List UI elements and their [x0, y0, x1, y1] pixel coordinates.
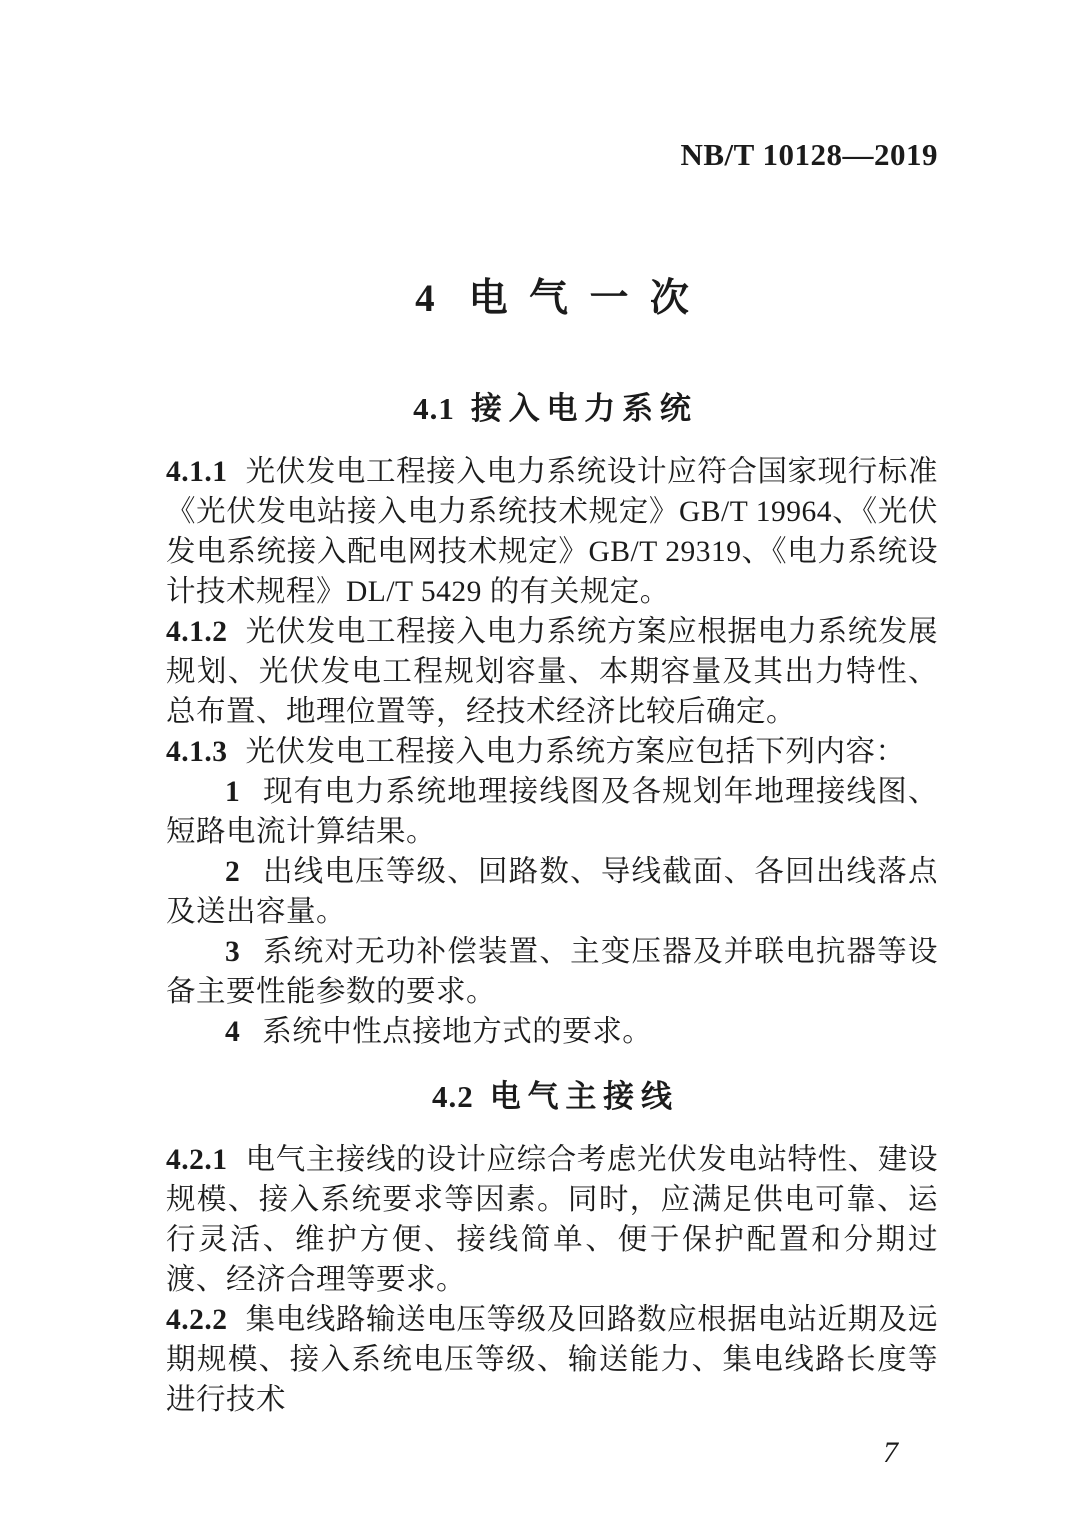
chapter-title-text: 电气一次: [469, 277, 711, 320]
clause-4-1-3: 4.1.3光伏发电工程接入电力系统方案应包括下列内容：: [166, 732, 938, 772]
section-number: 4.2: [432, 1079, 474, 1114]
clause-text: 光伏发电工程接入电力系统方案应包括下列内容：: [246, 736, 906, 768]
clause-number: 4.1.1: [166, 456, 228, 488]
section-4-2-heading: 4.2电气主接线: [166, 1080, 938, 1114]
document-page: NB/T 10128—2019 4电气一次 4.1接入电力系统 4.1.1光伏发…: [0, 0, 1080, 1531]
page-number: 7: [166, 1436, 938, 1470]
clause-text: 光伏发电工程接入电力系统设计应符合国家现行标准《光伏发电站接入电力系统技术规定》…: [166, 456, 938, 608]
item-number: 3: [225, 936, 240, 968]
clause-number: 4.2.1: [166, 1144, 228, 1176]
chapter-heading: 4电气一次: [166, 276, 938, 322]
clause-4-2-2: 4.2.2集电线路输送电压等级及回路数应根据电站近期及远期规模、接入系统电压等级…: [166, 1300, 938, 1420]
clause-text: 电气主接线的设计应综合考虑光伏发电站特性、建设规模、接入系统要求等因素。同时，应…: [166, 1144, 938, 1296]
section-title: 电气主接线: [490, 1079, 679, 1114]
clause-4-1-2: 4.1.2光伏发电工程接入电力系统方案应根据电力系统发展规划、光伏发电工程规划容…: [166, 612, 938, 732]
clause-text: 光伏发电工程接入电力系统方案应根据电力系统发展规划、光伏发电工程规划容量、本期容…: [166, 616, 938, 728]
item-text: 现有电力系统地理接线图及各规划年地理接线图、短路电流计算结果。: [166, 776, 938, 848]
section-4-1-heading: 4.1接入电力系统: [166, 392, 938, 426]
item-text: 系统中性点接地方式的要求。: [262, 1016, 652, 1048]
item-text: 出线电压等级、回路数、导线截面、各回出线落点及送出容量。: [166, 856, 938, 928]
clause-4-1-1: 4.1.1光伏发电工程接入电力系统设计应符合国家现行标准《光伏发电站接入电力系统…: [166, 452, 938, 612]
clause-number: 4.2.2: [166, 1304, 228, 1336]
item-number: 4: [225, 1016, 240, 1048]
chapter-number: 4: [415, 277, 435, 320]
list-item-3: 3系统对无功补偿装置、主变压器及并联电抗器等设备主要性能参数的要求。: [166, 932, 938, 1012]
list-item-4: 4系统中性点接地方式的要求。: [166, 1012, 938, 1052]
clause-4-2-1: 4.2.1电气主接线的设计应综合考虑光伏发电站特性、建设规模、接入系统要求等因素…: [166, 1140, 938, 1300]
clause-number: 4.1.3: [166, 736, 228, 768]
clause-number: 4.1.2: [166, 616, 228, 648]
section-number: 4.1: [413, 391, 455, 426]
clause-text: 集电线路输送电压等级及回路数应根据电站近期及远期规模、接入系统电压等级、输送能力…: [166, 1304, 938, 1416]
section-4-2-body: 4.2.1电气主接线的设计应综合考虑光伏发电站特性、建设规模、接入系统要求等因素…: [166, 1140, 938, 1420]
list-item-1: 1现有电力系统地理接线图及各规划年地理接线图、短路电流计算结果。: [166, 772, 938, 852]
item-number: 2: [225, 856, 240, 888]
section-title: 接入电力系统: [471, 391, 698, 426]
item-text: 系统对无功补偿装置、主变压器及并联电抗器等设备主要性能参数的要求。: [166, 936, 938, 1008]
item-number: 1: [225, 776, 240, 808]
list-item-2: 2出线电压等级、回路数、导线截面、各回出线落点及送出容量。: [166, 852, 938, 932]
standard-code: NB/T 10128—2019: [166, 138, 938, 172]
section-4-1-body: 4.1.1光伏发电工程接入电力系统设计应符合国家现行标准《光伏发电站接入电力系统…: [166, 452, 938, 1052]
